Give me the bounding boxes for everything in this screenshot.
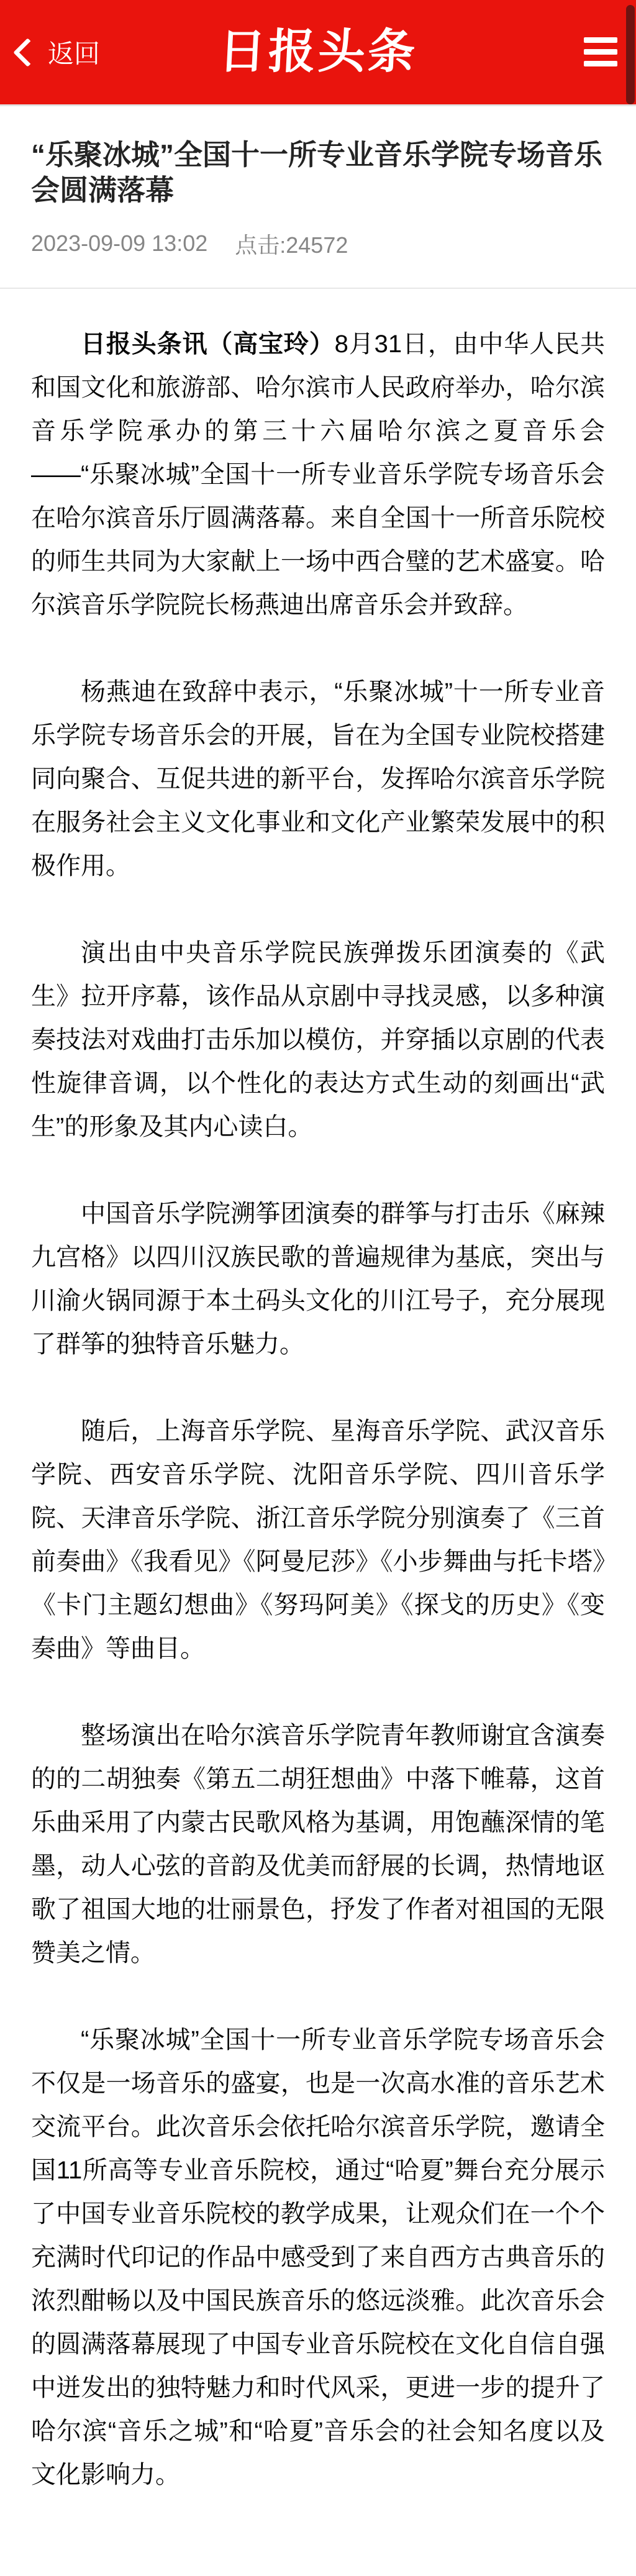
back-button[interactable]: 返回 [17,0,100,104]
app-header: 返回 日报头条 [0,0,636,106]
site-logo[interactable]: 日报头条 [217,29,419,76]
scrollbar-thumb[interactable] [626,5,635,104]
paragraph-text: 杨燕迪在致辞中表示，“乐聚冰城”十一所专业音乐学院专场音乐会的开展，旨在为全国专… [31,678,605,880]
menu-bar [584,49,617,55]
paragraph-text: “乐聚冰城”全国十一所专业音乐学院专场音乐会不仅是一场音乐的盛宴，也是一次高水准… [31,2026,605,2488]
article-paragraph: 中国音乐学院溯筝团演奏的群筝与打击乐《麻辣九宫格》以四川汉族民歌的普遍规律为基底… [31,1192,605,1366]
paragraph-lead: 日报头条讯（高宝玲） [81,330,335,358]
publish-date: 2023-09-09 13:02 [31,230,207,257]
article-paragraph: “乐聚冰城”全国十一所专业音乐学院专场音乐会不仅是一场音乐的盛宴，也是一次高水准… [31,2018,605,2496]
article-paragraph: 随后，上海音乐学院、星海音乐学院、武汉音乐学院、西安音乐学院、沈阳音乐学院、四川… [31,1409,605,1670]
article-paragraph: 整场演出在哈尔滨音乐学院青年教师谢宜含演奏的的二胡独奏《第五二胡狂想曲》中落下帷… [31,1714,605,1975]
back-button-label: 返回 [48,34,100,71]
article-meta: 2023-09-09 13:02 点击:24572 [31,230,605,257]
article-paragraph: 演出由中央音乐学院民族弹拨乐团演奏的《武生》拉开序幕，该作品从京剧中寻找灵感，以… [31,931,605,1149]
article-paragraph: 杨燕迪在致辞中表示，“乐聚冰城”十一所专业音乐学院专场音乐会的开展，旨在为全国专… [31,670,605,888]
hamburger-menu-icon[interactable] [584,37,617,66]
article-paragraph: 日报头条讯（高宝玲）8月31日，由中华人民共和国文化和旅游部、哈尔滨市人民政府举… [31,322,605,627]
paragraph-text: 中国音乐学院溯筝团演奏的群筝与打击乐《麻辣九宫格》以四川汉族民歌的普遍规律为基底… [31,1200,605,1358]
paragraph-text: 整场演出在哈尔滨音乐学院青年教师谢宜含演奏的的二胡独奏《第五二胡狂想曲》中落下帷… [31,1722,605,1967]
chevron-left-icon [13,38,42,67]
paragraph-text: 8月31日，由中华人民共和国文化和旅游部、哈尔滨市人民政府举办，哈尔滨音乐学院承… [31,330,605,619]
menu-bar [584,61,617,66]
article-body: 日报头条讯（高宝玲）8月31日，由中华人民共和国文化和旅游部、哈尔滨市人民政府举… [0,289,636,2540]
paragraph-text: 演出由中央音乐学院民族弹拨乐团演奏的《武生》拉开序幕，该作品从京剧中寻找灵感，以… [31,939,605,1140]
view-count: 点击:24572 [235,228,348,260]
menu-bar [584,37,617,43]
article-page: 返回 日报头条 “乐聚冰城”全国十一所专业音乐学院专场音乐会圆满落幕 2023-… [0,0,636,2576]
article-main: “乐聚冰城”全国十一所专业音乐学院专场音乐会圆满落幕 2023-09-09 13… [0,137,636,2540]
article-title: “乐聚冰城”全国十一所专业音乐学院专场音乐会圆满落幕 [31,137,605,208]
paragraph-text: 随后，上海音乐学院、星海音乐学院、武汉音乐学院、西安音乐学院、沈阳音乐学院、四川… [31,1418,605,1662]
